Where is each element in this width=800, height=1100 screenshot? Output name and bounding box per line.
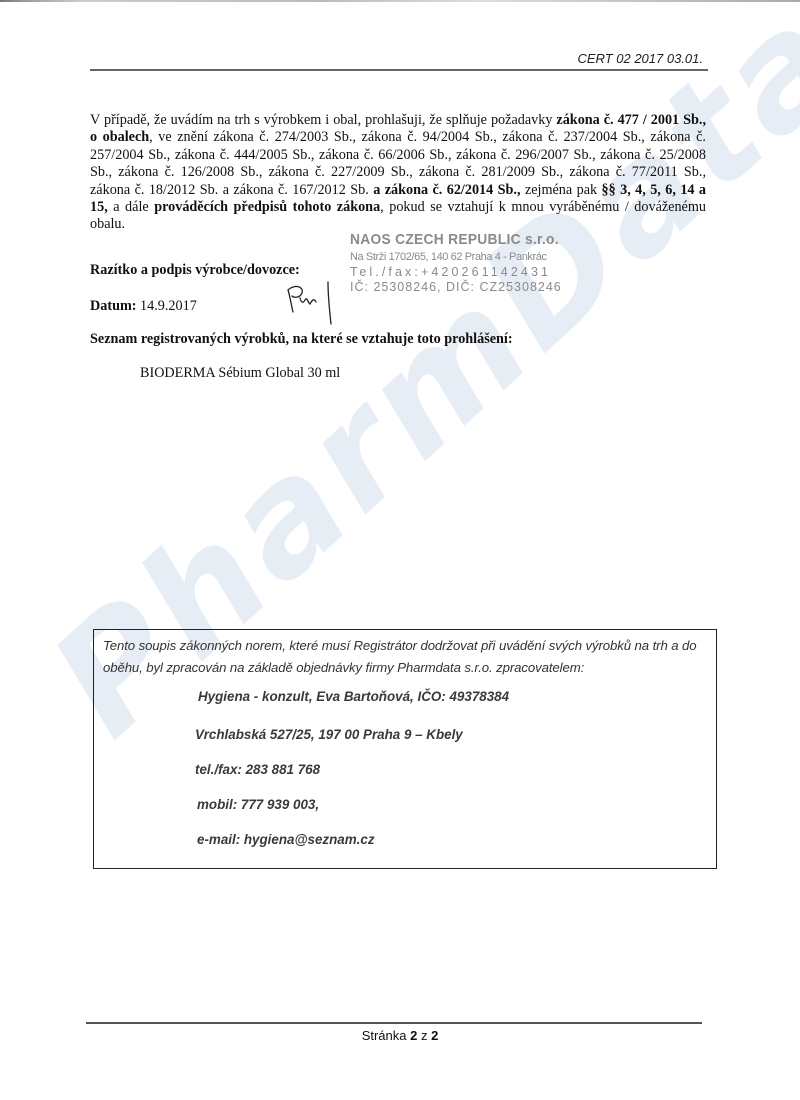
processor-mobile: mobil: 777 939 003, [197,797,319,812]
company-stamp: NAOS CZECH REPUBLIC s.r.o. Na Strži 1702… [350,231,577,294]
handwritten-signature [284,276,344,336]
processor-address: Vrchlabská 527/25, 197 00 Praha 9 – Kbel… [195,727,463,742]
document-code: CERT 02 2017 03.01. [577,51,703,66]
processor-phone: tel./fax: 283 881 768 [195,762,320,777]
stamp-signature-label: Razítko a podpis výrobce/dovozce: [90,262,300,279]
stamp-ids: IČ: 25308246, DIČ: CZ25308246 [350,280,577,294]
page-number: Stránka 2 z 2 [0,1028,800,1043]
stamp-phone: Tel./fax:+420261142431 [350,265,577,279]
date-value: 14.9.2017 [137,298,197,314]
footer-divider [86,1022,702,1024]
product-item: BIODERMA Sébium Global 30 ml [140,365,340,382]
scan-edge [0,0,800,2]
date-label: Datum: [90,298,137,314]
stamp-company: NAOS CZECH REPUBLIC s.r.o. [350,231,559,248]
processor-info-box: Tento soupis zákonných norem, které musí… [93,629,717,869]
info-intro: Tento soupis zákonných norem, které musí… [103,635,709,679]
date-line: Datum: 14.9.2017 [90,298,197,315]
header-divider [90,69,708,71]
stamp-address: Na Strži 1702/65, 140 62 Praha 4 - Pankr… [350,251,577,263]
processor-company: Hygiena - konzult, Eva Bartoňová, IČO: 4… [198,689,509,704]
processor-email: e-mail: hygiena@seznam.cz [197,832,375,847]
declaration-paragraph: V případě, že uvádím na trh s výrobkem i… [90,112,706,234]
